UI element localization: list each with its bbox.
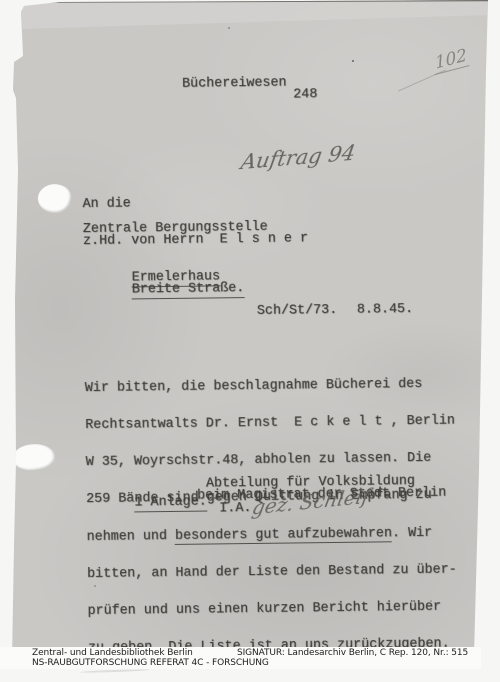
enclosure-note: 1 Anlage. [86,485,207,524]
document-scan: Büchereiwesen 248 Auftrag 94 102 An die … [0,0,500,682]
underlined-phrase: besonders gut aufzubewahren [175,526,392,545]
recipient-attention: z.Hd. von Herrn E l s n e r [83,233,308,248]
body-line: prüfen und uns einen kurzen Bericht hier… [87,602,457,619]
letter-date: 8.8.45. [357,304,413,317]
document-number: 248 [293,89,317,102]
file-reference: Sch/St/73. [257,305,338,318]
subject-line: Büchereiwesen [182,78,287,92]
body-line: W 35, Woyrschstr.48, abholen zu lassen. … [86,453,456,470]
handwritten-note: Auftrag 94 [239,141,357,175]
body-line: Wir bitten, die beschlagnahme Bücherei d… [85,378,455,395]
body-line: nehmen und besonders gut aufzubewahren. … [87,527,457,544]
body-line: bitten, an Hand der Liste den Bestand zu… [87,564,457,581]
footer-project: NS-RAUBGUTFORSCHUNG REFERAT 4C - FORSCHU… [32,659,269,669]
archival-footer: Zentral- und Landesbibliothek Berlin SIG… [0,647,481,669]
per-pro-abbreviation: I.A. [219,503,251,516]
body-line: Rechtsantwalts Dr. Ernst E c k e l t , B… [85,416,455,433]
footer-signature-ref: SIGNATUR: Landesarchiv Berlin, C Rep. 12… [237,649,477,659]
archival-page-number: 102 [432,45,470,75]
recipient-salutation: An die [83,198,131,211]
letter-content: Büchereiwesen 248 Auftrag 94 102 An die … [0,0,500,682]
recipient-street: Breite Straße. [83,271,244,310]
